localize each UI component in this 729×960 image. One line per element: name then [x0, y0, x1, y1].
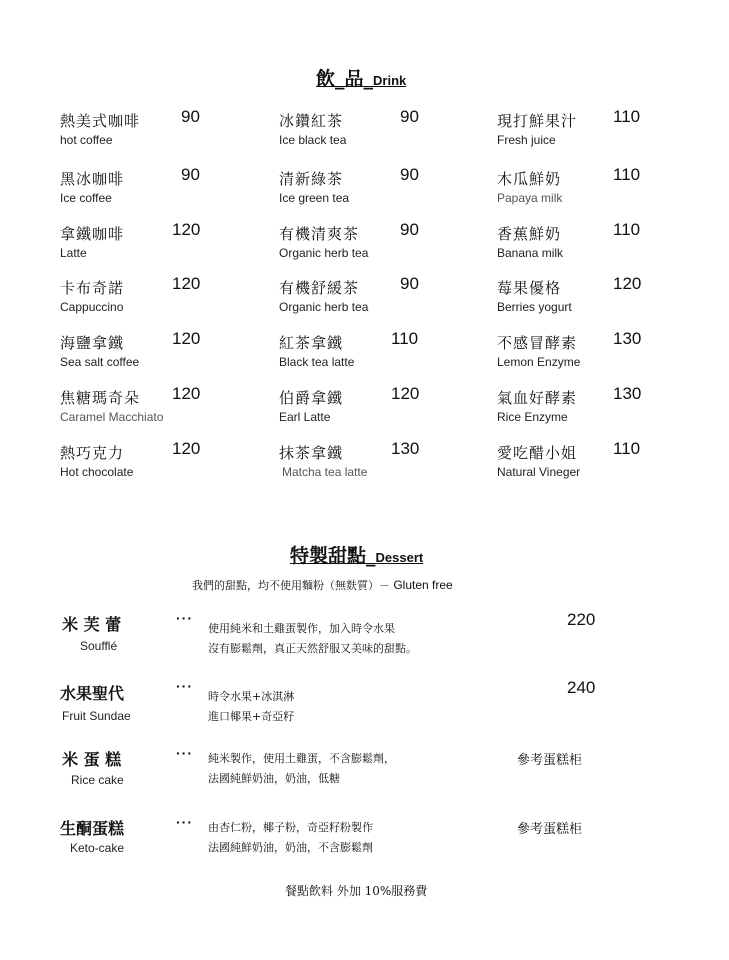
drink-name-en: Rice Enzyme [497, 410, 568, 424]
dessert-dots: ··· [176, 678, 193, 694]
drink-name-zh: 紅茶拿鐵 [279, 332, 343, 353]
drink-price: 130 [613, 384, 641, 404]
drink-name-zh: 莓果優格 [497, 277, 561, 298]
gluten-free-note: 我們的甜點，均不使用麵粉（無麩質）－ Gluten free [192, 577, 453, 593]
drink-item: 冰鑽紅茶Ice black tea90 [279, 110, 479, 150]
drink-name-zh: 木瓜鮮奶 [497, 168, 561, 189]
drink-price: 120 [172, 439, 200, 459]
drink-price: 110 [613, 439, 640, 459]
drink-price: 90 [400, 107, 419, 127]
drink-name-en: Berries yogurt [497, 300, 572, 314]
drink-name-en: Matcha tea latte [282, 465, 367, 479]
drink-item: 不感冒酵素Lemon Enzyme130 [497, 332, 697, 372]
dessert-section-title: 特製甜點_Dessert [290, 541, 423, 568]
drink-name-zh: 香蕉鮮奶 [497, 223, 561, 244]
drink-name-zh: 拿鐵咖啡 [60, 223, 124, 244]
dessert-price-reference: 參考蛋糕柜 [517, 749, 582, 768]
drink-name-zh: 黑冰咖啡 [60, 168, 124, 189]
drink-price: 120 [172, 220, 200, 240]
dessert-description: 由杏仁粉，椰子粉，奇亞籽粉製作法國純鮮奶油，奶油，不含膨鬆劑 [208, 818, 373, 858]
drink-name-en: Hot chocolate [60, 465, 133, 479]
service-charge-note: 餐點飲料 外加 10%服務費 [285, 882, 427, 899]
drink-name-en: Organic herb tea [279, 246, 368, 260]
drink-price: 90 [400, 274, 419, 294]
drink-section-title: 飲_品_Drink [316, 64, 406, 91]
dessert-name-zh: 米 蛋 糕 [62, 747, 121, 770]
drink-item: 氣血好酵素Rice Enzyme130 [497, 387, 697, 427]
drink-price: 120 [172, 384, 200, 404]
dessert-description: 純米製作，使用土雞蛋，不含膨鬆劑，法國純鮮奶油，奶油，低糖 [208, 749, 395, 789]
drink-name-zh: 抹茶拿鐵 [279, 442, 343, 463]
drink-name-zh: 氣血好酵素 [497, 387, 577, 408]
drink-name-en: Black tea latte [279, 355, 354, 369]
drink-item: 卡布奇諾Cappuccino120 [60, 277, 260, 317]
drink-price: 130 [613, 329, 641, 349]
drink-item: 有機清爽茶Organic herb tea90 [279, 223, 479, 263]
drink-name-en: Caramel Macchiato [60, 410, 163, 424]
drink-item: 莓果優格Berries yogurt120 [497, 277, 697, 317]
drink-name-zh: 有機清爽茶 [279, 223, 359, 244]
description-line: 使用純米和土雞蛋製作，加入時令水果 [208, 619, 417, 639]
dessert-dots: ··· [176, 610, 193, 626]
drink-name-zh: 有機舒緩茶 [279, 277, 359, 298]
drink-price: 90 [181, 107, 200, 127]
dessert-name-zh: 生酮蛋糕 [60, 816, 124, 839]
drink-name-en: Papaya milk [497, 191, 562, 205]
drink-name-en: Natural Vineger [497, 465, 580, 479]
drink-name-en: Cappuccino [60, 300, 123, 314]
drink-price: 120 [172, 274, 200, 294]
drink-item: 熱美式咖啡hot coffee90 [60, 110, 260, 150]
drink-name-zh: 卡布奇諾 [60, 277, 124, 298]
drink-item: 黑冰咖啡Ice coffee90 [60, 168, 260, 208]
drink-name-en: Earl Latte [279, 410, 330, 424]
drink-name-zh: 不感冒酵素 [497, 332, 577, 353]
drink-name-zh: 愛吃醋小姐 [497, 442, 577, 463]
drink-name-en: Sea salt coffee [60, 355, 139, 369]
drink-title-zh: 飲_品_ [316, 68, 373, 90]
drink-price: 90 [181, 165, 200, 185]
drink-item: 清新綠茶Ice green tea90 [279, 168, 479, 208]
description-line: 時令水果+冰淇淋 [208, 687, 294, 707]
drink-price: 130 [391, 439, 419, 459]
drink-price: 110 [613, 107, 640, 127]
drink-name-en: Lemon Enzyme [497, 355, 580, 369]
dessert-dots: ··· [176, 745, 193, 761]
drink-item: 愛吃醋小姐Natural Vineger110 [497, 442, 697, 482]
dessert-title-en: Dessert [376, 550, 424, 565]
drink-item: 木瓜鮮奶Papaya milk110 [497, 168, 697, 208]
dessert-title-zh: 特製甜點_ [290, 545, 376, 567]
drink-name-zh: 清新綠茶 [279, 168, 343, 189]
drink-item: 香蕉鮮奶Banana milk110 [497, 223, 697, 263]
description-line: 法國純鮮奶油，奶油，不含膨鬆劑 [208, 838, 373, 858]
drink-item: 熱巧克力Hot chocolate120 [60, 442, 260, 482]
dessert-description: 使用純米和土雞蛋製作，加入時令水果沒有膨鬆劑，真正天然舒服又美味的甜點。 [208, 619, 417, 659]
dessert-name-en: Fruit Sundae [62, 709, 131, 723]
drink-name-en: Ice coffee [60, 191, 112, 205]
dessert-description: 時令水果+冰淇淋進口椰果+奇亞籽 [208, 687, 294, 727]
drink-item: 抹茶拿鐵Matcha tea latte130 [279, 442, 479, 482]
dessert-price-reference: 參考蛋糕柜 [517, 818, 582, 837]
drink-item: 海鹽拿鐵Sea salt coffee120 [60, 332, 260, 372]
drink-name-zh: 海鹽拿鐵 [60, 332, 124, 353]
drink-price: 90 [400, 220, 419, 240]
drink-name-en: Fresh juice [497, 133, 556, 147]
drink-price: 110 [391, 329, 418, 349]
drink-price: 120 [172, 329, 200, 349]
dessert-name-en: Rice cake [71, 773, 124, 787]
drink-name-zh: 伯爵拿鐵 [279, 387, 343, 408]
description-line: 由杏仁粉，椰子粉，奇亞籽粉製作 [208, 818, 373, 838]
drink-item: 現打鮮果汁Fresh juice110 [497, 110, 697, 150]
drink-name-zh: 熱巧克力 [60, 442, 124, 463]
description-line: 法國純鮮奶油，奶油，低糖 [208, 769, 395, 789]
drink-name-zh: 冰鑽紅茶 [279, 110, 343, 131]
drink-item: 焦糖瑪奇朵Caramel Macchiato120 [60, 387, 260, 427]
drink-name-en: Ice black tea [279, 133, 346, 147]
drink-title-en: Drink [373, 73, 406, 88]
drink-price: 90 [400, 165, 419, 185]
drink-name-en: Banana milk [497, 246, 563, 260]
dessert-name-en: Keto-cake [70, 841, 124, 855]
dessert-price: 240 [567, 678, 595, 698]
drink-name-zh: 熱美式咖啡 [60, 110, 140, 131]
drink-item: 有機舒緩茶Organic herb tea90 [279, 277, 479, 317]
drink-item: 紅茶拿鐵Black tea latte110 [279, 332, 479, 372]
dessert-name-zh: 米 芙 蕾 [62, 612, 121, 635]
dessert-name-en: Soufflé [80, 639, 117, 653]
drink-item: 拿鐵咖啡Latte120 [60, 223, 260, 263]
gluten-note-zh: 我們的甜點，均不使用麵粉（無麩質）－ [192, 579, 390, 592]
dessert-name-zh: 水果聖代 [60, 681, 124, 704]
drink-price: 120 [391, 384, 419, 404]
drink-name-en: Organic herb tea [279, 300, 368, 314]
dessert-price: 220 [567, 610, 595, 630]
drink-price: 120 [613, 274, 641, 294]
drink-name-zh: 焦糖瑪奇朵 [60, 387, 140, 408]
drink-price: 110 [613, 220, 640, 240]
description-line: 沒有膨鬆劑，真正天然舒服又美味的甜點。 [208, 639, 417, 659]
dessert-dots: ··· [176, 814, 193, 830]
drink-name-zh: 現打鮮果汁 [497, 110, 577, 131]
drink-price: 110 [613, 165, 640, 185]
description-line: 純米製作，使用土雞蛋，不含膨鬆劑， [208, 749, 395, 769]
drink-name-en: Latte [60, 246, 87, 260]
drink-name-en: Ice green tea [279, 191, 349, 205]
drink-item: 伯爵拿鐵Earl Latte120 [279, 387, 479, 427]
gluten-note-en: Gluten free [390, 578, 453, 592]
drink-name-en: hot coffee [60, 133, 113, 147]
description-line: 進口椰果+奇亞籽 [208, 707, 294, 727]
